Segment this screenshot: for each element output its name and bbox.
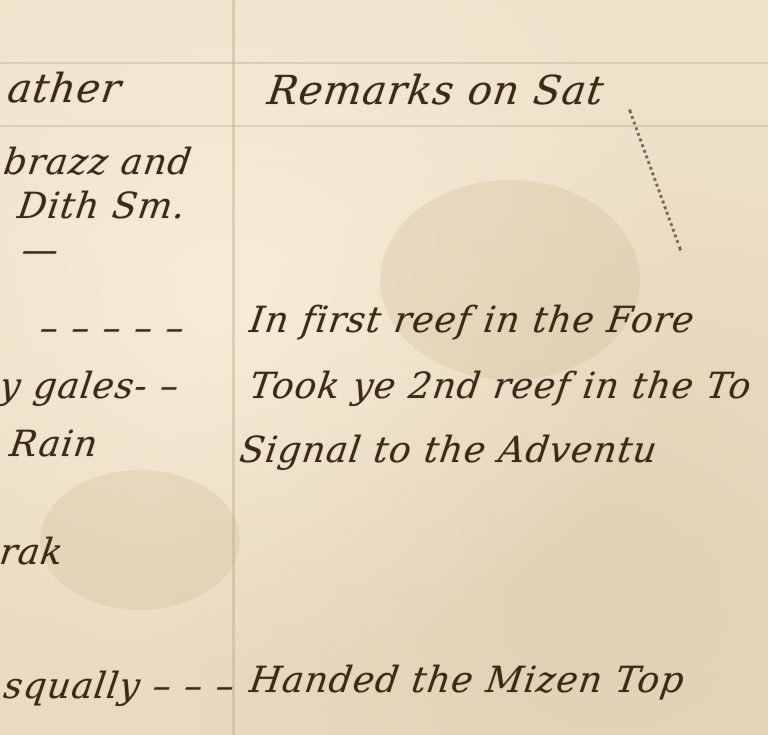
weather-entry: rak <box>0 532 66 573</box>
weather-entry: — <box>19 230 62 271</box>
remarks-entry: Signal to the Adventu <box>237 430 660 471</box>
remarks-entry: Took ye 2nd reef in the To <box>247 366 754 407</box>
dotted-mark <box>628 108 686 251</box>
paper-stain <box>380 180 640 380</box>
weather-entry: y gales- – <box>0 366 182 407</box>
weather-entry: Rain <box>7 424 101 465</box>
remarks-entry: In first reef in the Fore <box>247 300 697 341</box>
weather-entry: squally – – – <box>1 666 238 707</box>
remarks-column-header: Remarks on Sat <box>265 68 608 114</box>
weather-entry: – – – – – <box>37 308 188 349</box>
column-divider <box>232 0 235 735</box>
log-page: ather Remarks on Sat brazz and Dith Sm. … <box>0 0 768 735</box>
weather-entry: brazz and <box>1 142 195 183</box>
weather-entry: Dith Sm. <box>15 186 188 227</box>
remarks-entry: Handed the Mizen Top <box>247 660 687 701</box>
header-bottom-rule <box>0 125 768 127</box>
weather-column-header: ather <box>5 66 125 112</box>
header-top-rule <box>0 62 768 64</box>
paper-stain <box>40 470 240 610</box>
